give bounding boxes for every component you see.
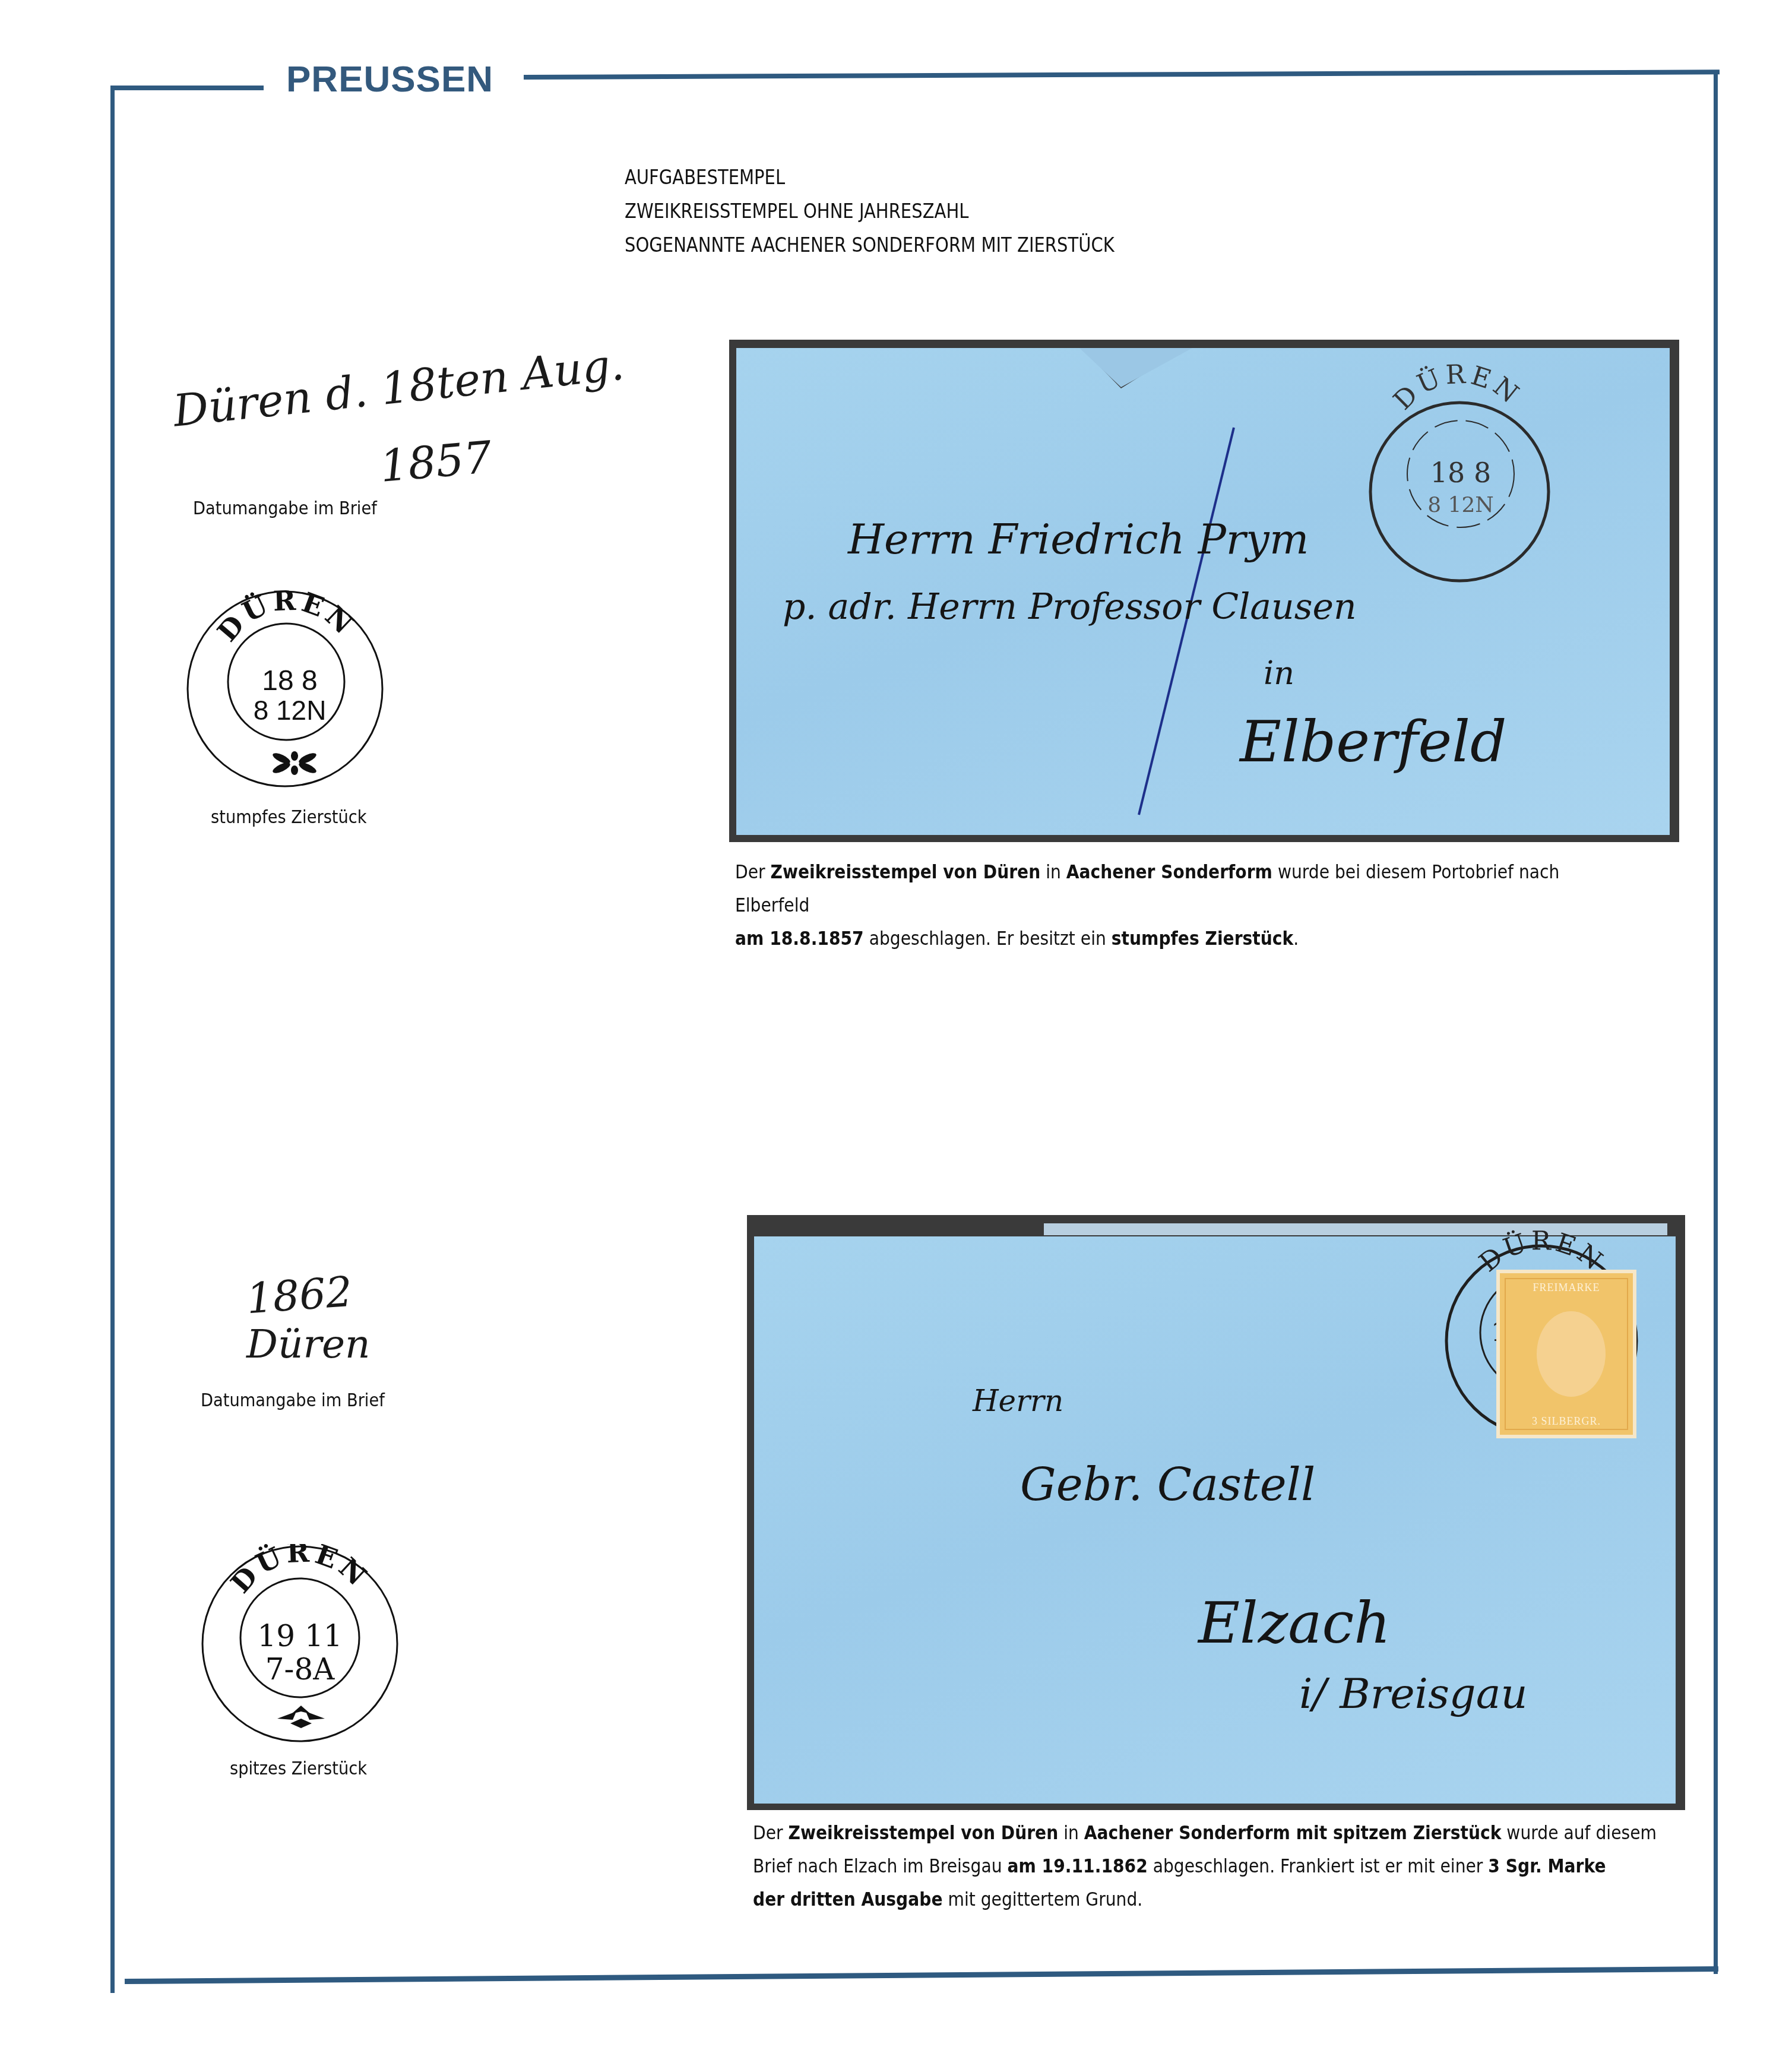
cancel-drawing-pointed-ornament: DÜREN 19 11 7-8A: [199, 1544, 401, 1746]
date-caption-1: Datumangabe im Brief: [193, 498, 377, 519]
letter2-description-line-3: der dritten Ausgabe mit gegittertem Grun…: [753, 1883, 1746, 1916]
letter2-address-line-1: Herrn: [972, 1384, 1063, 1418]
letter1-description-line-2: am 18.8.1857 abgeschlagen. Er besitzt ei…: [735, 922, 1623, 955]
handwriting-line-2: 1857: [378, 432, 494, 492]
frame-right: [1714, 74, 1718, 1974]
letter1-description: Der Zweikreisstempel von Düren in Aachen…: [735, 855, 1623, 955]
pointed-ornament-icon: [277, 1706, 325, 1728]
page-title: PREUSSEN: [286, 58, 493, 100]
blunt-ornament-icon: [271, 751, 318, 775]
cancel-time-1: 8 12N: [254, 695, 327, 726]
letter1-postmark-time: 8 12N: [1427, 493, 1494, 517]
frame-top-right: [524, 69, 1720, 80]
letter2-description: Der Zweikreisstempel von Düren in Aachen…: [753, 1816, 1746, 1916]
frame-left: [110, 86, 115, 1993]
letter1-address-line-3: in: [1264, 654, 1294, 692]
header-lines: AUFGABESTEMPEL ZWEIKREISSTEMPEL OHNE JAH…: [625, 160, 1115, 262]
header-line-3: SOGENANNTE AACHENER SONDERFORM MIT ZIERS…: [625, 228, 1115, 262]
svg-text:DÜREN: DÜREN: [224, 1544, 375, 1599]
letter2-address-line-3: Elzach: [1197, 1590, 1391, 1656]
cancel-drawing-blunt-ornament: DÜREN 18 8 8 12N: [184, 588, 386, 790]
frame-top-left: [110, 86, 264, 90]
ornament-caption-2: spitzes Zierstück: [230, 1758, 367, 1779]
letter2-address-line-2: Gebr. Castell: [1020, 1458, 1315, 1511]
letter1-postmark-town: DÜREN: [1388, 359, 1527, 416]
stamp-bottom-label: 3 SILBERGR.: [1500, 1415, 1633, 1428]
letter2-description-line-2: Brief nach Elzach im Breisgau am 19.11.1…: [753, 1849, 1746, 1883]
handwritten-year-1862: 1862: [245, 1267, 353, 1323]
cancel-town-1: DÜREN: [211, 588, 362, 648]
letter1-address-line-2: p. adr. Herrn Professor Clausen: [783, 586, 1357, 628]
letter2-description-line-1: Der Zweikreisstempel von Düren in Aachen…: [753, 1816, 1746, 1849]
date-caption-2: Datumangabe im Brief: [201, 1390, 385, 1411]
postage-stamp-3-sgr: FREIMARKE 3 SILBERGR.: [1496, 1270, 1636, 1438]
letter1-address-line-1: Herrn Friedrich Prym: [847, 515, 1309, 564]
handwriting-line-1b: 1862: [245, 1267, 353, 1323]
header-line-2: ZWEIKREISSTEMPEL OHNE JAHRESZAHL: [625, 194, 1115, 228]
letter-elzach: DÜREN 19 11 7-8A Herrn Gebr. Castell Elz…: [747, 1215, 1685, 1810]
letter1-address-line-4: Elberfeld: [1239, 708, 1506, 775]
handwriting-line-1: Düren d. 18ten Aug.: [171, 338, 626, 436]
cancel-date-1: 18 8: [262, 665, 317, 697]
letter-elberfeld: DÜREN 18 8 8 12N Herrn Friedrich Prym p.…: [729, 340, 1679, 842]
cancel-town-2: DÜREN: [224, 1544, 375, 1599]
letter1-postmark-date: 18 8: [1430, 457, 1491, 489]
cancel-date-2: 19 11: [257, 1619, 342, 1653]
handwritten-year-1857: 1857: [378, 432, 494, 492]
handwritten-date-1857: Düren d. 18ten Aug.: [171, 338, 626, 436]
svg-text:DÜREN: DÜREN: [211, 588, 362, 648]
header-line-1: AUFGABESTEMPEL: [625, 160, 1115, 194]
handwriting-line-2b: Düren: [246, 1321, 371, 1367]
king-profile-icon: [1537, 1311, 1606, 1397]
letter2-address-line-4: i/ Breisgau: [1299, 1669, 1528, 1718]
cancel-time-2: 7-8A: [265, 1652, 335, 1687]
letter1-description-line-1: Der Zweikreisstempel von Düren in Aachen…: [735, 855, 1623, 922]
handwritten-town-dueren: Düren: [246, 1321, 371, 1367]
svg-text:DÜREN: DÜREN: [1388, 359, 1527, 416]
ornament-caption-1: stumpfes Zierstück: [211, 806, 367, 828]
frame-bottom: [125, 1966, 1718, 1984]
